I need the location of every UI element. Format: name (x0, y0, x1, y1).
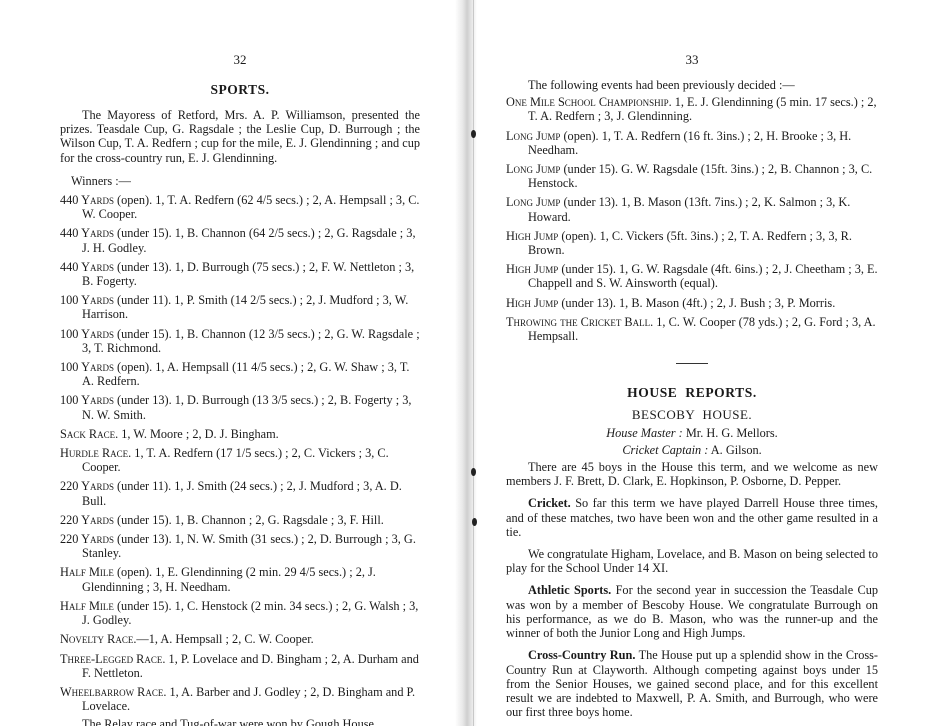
cricket-captain-line: Cricket Captain : A. Gilson. (506, 443, 878, 457)
event-name: Long Jump (506, 162, 560, 176)
event-name: 220 Yards (60, 479, 114, 493)
result-entry: Half Mile (open). 1, E. Glendinning (2 m… (60, 565, 420, 593)
result-entry: 220 Yards (under 11). 1, J. Smith (24 se… (60, 479, 420, 507)
result-entry: Long Jump (under 15). G. W. Ragsdale (15… (506, 162, 878, 190)
sports-column: The Mayoress of Retford, Mrs. A. P. Will… (60, 108, 420, 726)
gutter-line (473, 0, 474, 726)
section-title: SPORTS. (60, 82, 420, 98)
result-entry: 100 Yards (open). 1, A. Hempsall (11 4/5… (60, 360, 420, 388)
event-name: High Jump (506, 296, 558, 310)
intro-paragraph: The following events had been previously… (506, 78, 878, 92)
event-name: 100 Yards (60, 293, 114, 307)
result-entry: 440 Yards (under 15). 1, B. Channon (64 … (60, 226, 420, 254)
staple-mark (471, 130, 476, 138)
event-name: Sack Race. (60, 427, 118, 441)
result-entry: 220 Yards (under 15). 1, B. Channon ; 2,… (60, 513, 420, 527)
result-entry: 100 Yards (under 11). 1, P. Smith (14 2/… (60, 293, 420, 321)
report-paragraph: Cross-Country Run. The House put up a sp… (506, 648, 878, 719)
result-entry: Throwing the Cricket Ball. 1, C. W. Coop… (506, 315, 878, 343)
event-name: Half Mile (60, 565, 114, 579)
result-entry: 440 Yards (open). 1, T. A. Redfern (62 4… (60, 193, 420, 221)
intro-paragraph: The Mayoress of Retford, Mrs. A. P. Will… (60, 108, 420, 165)
result-entry: One Mile School Championship. 1, E. J. G… (506, 95, 878, 123)
result-entry: Novelty Race.—1, A. Hempsall ; 2, C. W. … (60, 632, 420, 646)
staple-mark (471, 468, 476, 476)
house-name: BESCOBY HOUSE. (506, 408, 878, 422)
staple-mark (472, 518, 477, 526)
event-name: 440 Yards (60, 260, 114, 274)
event-name: One Mile School Championship. (506, 95, 672, 109)
result-entry: 220 Yards (under 13). 1, N. W. Smith (31… (60, 532, 420, 560)
page-number: 33 (506, 52, 878, 68)
report-paragraph: We congratulate Higham, Lovelace, and B.… (506, 547, 878, 575)
result-entry: High Jump (open). 1, C. Vickers (5ft. 3i… (506, 229, 878, 257)
event-name: 440 Yards (60, 226, 114, 240)
event-name: Long Jump (506, 195, 560, 209)
event-name: Half Mile (60, 599, 114, 613)
section-divider (676, 363, 708, 364)
result-entry: 440 Yards (under 13). 1, D. Burrough (75… (60, 260, 420, 288)
winners-label: Winners :— (60, 174, 420, 188)
event-name: Long Jump (506, 129, 560, 143)
result-entry: Hurdle Race. 1, T. A. Redfern (17 1/5 se… (60, 446, 420, 474)
result-entry: Sack Race. 1, W. Moore ; 2, D. J. Bingha… (60, 427, 420, 441)
report-paragraph: Athletic Sports. For the second year in … (506, 583, 878, 640)
event-name: 100 Yards (60, 393, 114, 407)
event-name: Wheelbarrow Race. (60, 685, 166, 699)
event-name: Hurdle Race. (60, 446, 131, 460)
result-entry: Wheelbarrow Race. 1, A. Barber and J. Go… (60, 685, 420, 713)
event-name: 100 Yards (60, 360, 114, 374)
result-entry: Three-Legged Race. 1, P. Lovelace and D.… (60, 652, 420, 680)
event-name: Three-Legged Race. (60, 652, 165, 666)
result-entry: High Jump (under 15). 1, G. W. Ragsdale … (506, 262, 878, 290)
event-name: Throwing the Cricket Ball. (506, 315, 653, 329)
result-entry: Long Jump (under 13). 1, B. Mason (13ft.… (506, 195, 878, 223)
result-entry: 100 Yards (under 13). 1, D. Burrough (13… (60, 393, 420, 421)
event-name: High Jump (506, 229, 558, 243)
result-entry: 100 Yards (under 15). 1, B. Channon (12 … (60, 327, 420, 355)
event-name: High Jump (506, 262, 558, 276)
house-reports-title: HOUSE REPORTS. (506, 386, 878, 400)
result-entry: High Jump (under 13). 1, B. Mason (4ft.)… (506, 296, 878, 310)
right-page: 33 The following events had been previou… (468, 0, 950, 726)
house-master-line: House Master : Mr. H. G. Mellors. (506, 426, 878, 440)
event-name: Novelty Race. (60, 632, 136, 646)
result-entry: Long Jump (open). 1, T. A. Redfern (16 f… (506, 129, 878, 157)
left-page: 32 SPORTS. The Mayoress of Retford, Mrs.… (0, 0, 468, 726)
report-paragraph: Cricket. So far this term we have played… (506, 496, 878, 539)
result-entry: Half Mile (under 15). 1, C. Henstock (2 … (60, 599, 420, 627)
page-number: 32 (60, 52, 420, 68)
event-name: 100 Yards (60, 327, 114, 341)
event-name: 440 Yards (60, 193, 114, 207)
closing-paragraph: The Relay race and Tug-of-war were won b… (60, 717, 420, 726)
event-name: 220 Yards (60, 532, 114, 546)
events-column: The following events had been previously… (506, 78, 878, 719)
event-name: 220 Yards (60, 513, 114, 527)
report-paragraph: There are 45 boys in the House this term… (506, 460, 878, 488)
